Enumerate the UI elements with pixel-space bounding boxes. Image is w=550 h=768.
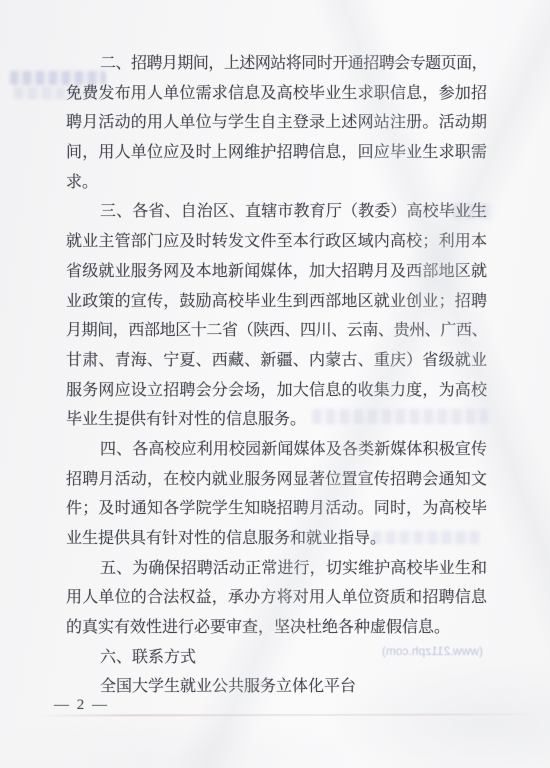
text-line: 省级就业服务网及本地新闻媒体，加大招聘月及西部地区就 bbox=[66, 257, 487, 287]
text-line: 甘肃、青海、宁夏、西藏、新疆、内蒙古、重庆）省级就业 bbox=[66, 346, 487, 376]
text-line: 业政策的宣传，鼓励高校毕业生到西部地区就业创业；招聘 bbox=[66, 287, 487, 317]
text-line: 的真实有效性进行必要审查，坚决杜绝各种虚假信息。 bbox=[66, 613, 487, 643]
text-line: 服务网应设立招聘会分会场，加大信息的收集力度，为高校 bbox=[66, 376, 487, 406]
paragraph-2: 二、招聘月期间，上述网站将同时开通招聘会专题页面， 免费发布用人单位需求信息及高… bbox=[66, 49, 487, 197]
text-line: 招聘月活动，在校内就业服务网显著位置宣传招聘会通知文 bbox=[66, 465, 487, 495]
text-line: 六、联系方式 bbox=[66, 643, 487, 673]
scanned-document-page: (www.211zph.com) 二、招聘月期间，上述网站将同时开通招聘会专题页… bbox=[0, 0, 550, 768]
text-line: 聘月活动的用人单位与学生自主登录上述网站注册。活动期 bbox=[66, 108, 487, 138]
text-line: 二、招聘月期间，上述网站将同时开通招聘会专题页面， bbox=[66, 49, 487, 79]
text-line: 求。 bbox=[66, 168, 487, 198]
text-line: 月期间，西部地区十二省（陕西、四川、云南、贵州、广西、 bbox=[66, 316, 487, 346]
page-number: — 2 — bbox=[54, 697, 109, 714]
text-line: 四、各高校应利用校园新闻媒体及各类新媒体积极宣传 bbox=[66, 435, 487, 465]
document-body: 二、招聘月期间，上述网站将同时开通招聘会专题页面， 免费发布用人单位需求信息及高… bbox=[66, 49, 487, 702]
text-line: 三、各省、自治区、直辖市教育厅（教委）高校毕业生 bbox=[66, 197, 487, 227]
paragraph-5: 五、为确保招聘活动正常进行，切实维护高校毕业生和 用人单位的合法权益，承办方将对… bbox=[66, 554, 487, 643]
text-line: 免费发布用人单位需求信息及高校毕业生求职信息，参加招 bbox=[66, 79, 487, 109]
paper-crease-line bbox=[36, 713, 542, 716]
text-line: 就业主管部门应及时转发文件至本行政区域内高校；利用本 bbox=[66, 227, 487, 257]
text-line: 件；及时通知各学院学生知晓招聘月活动。同时，为高校毕 bbox=[66, 494, 487, 524]
paragraph-4: 四、各高校应利用校园新闻媒体及各类新媒体积极宣传 招聘月活动，在校内就业服务网显… bbox=[66, 435, 487, 554]
paragraph-3: 三、各省、自治区、直辖市教育厅（教委）高校毕业生 就业主管部门应及时转发文件至本… bbox=[66, 197, 487, 435]
text-line: 业生提供具有针对性的信息服务和就业指导。 bbox=[66, 524, 487, 554]
text-line: 用人单位的合法权益，承办方将对用人单位资质和招聘信息 bbox=[66, 583, 487, 613]
text-line: 全国大学生就业公共服务立体化平台 bbox=[66, 672, 487, 702]
text-line: 毕业生提供有针对性的信息服务。 bbox=[66, 405, 487, 435]
paragraph-7: 全国大学生就业公共服务立体化平台 bbox=[66, 672, 487, 702]
text-line: 间，用人单位应及时上网维护招聘信息，回应毕业生求职需 bbox=[66, 138, 487, 168]
paragraph-6: 六、联系方式 bbox=[66, 643, 487, 673]
text-line: 五、为确保招聘活动正常进行，切实维护高校毕业生和 bbox=[66, 554, 487, 584]
